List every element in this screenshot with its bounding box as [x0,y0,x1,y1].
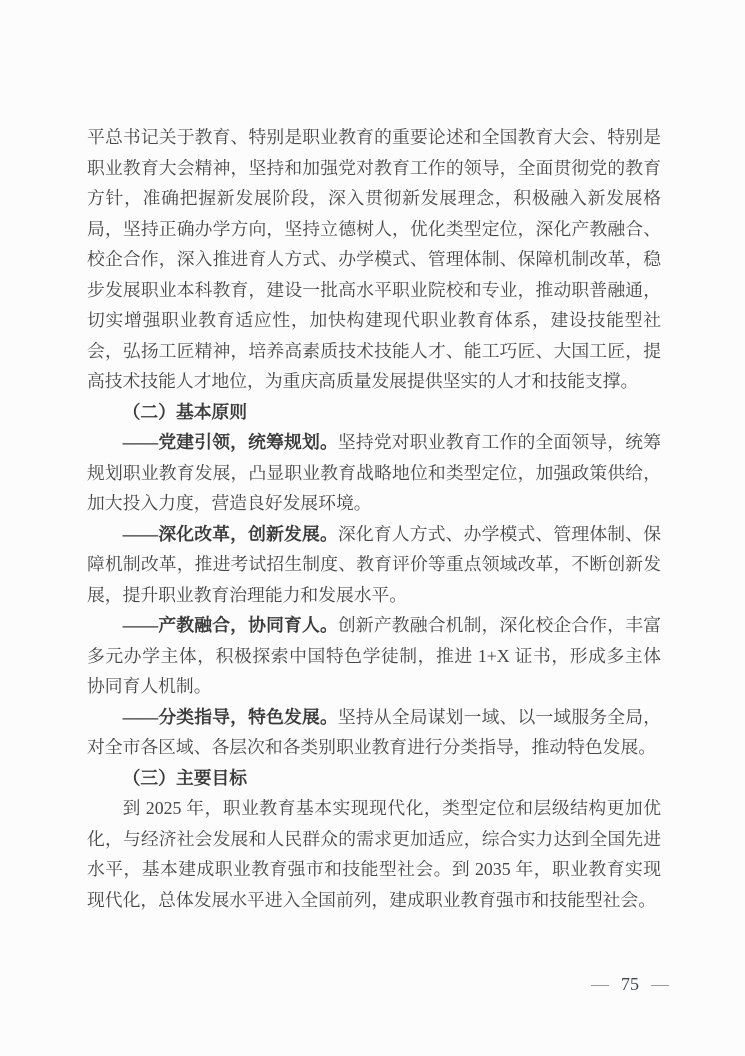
principle-reform-innovation: ——深化改革，创新发展。深化育人方式、办学模式、管理体制、保障机制改革，推进考试… [87,519,661,611]
principle-party-building-lead: ——党建引领，统筹规划。 [123,432,338,452]
paragraph-continued-from-previous-page: 平总书记关于教育、特别是职业教育的重要论述和全国教育大会、特别是职业教育大会精神… [87,122,661,397]
principle-party-building: ——党建引领，统筹规划。坚持党对职业教育工作的全面领导，统筹规划职业教育发展，凸… [87,427,661,519]
footer-right-dash: — [651,974,669,994]
paragraph-main-goals: 到 2025 年，职业教育基本实现现代化，类型定位和层级结构更加优化，与经济社会… [87,793,661,915]
section-heading-basic-principles: （二）基本原则 [87,397,661,428]
principle-classified-guidance-lead: ——分类指导，特色发展。 [123,707,338,727]
page-number: 75 [621,974,639,994]
principle-industry-education-integration: ——产教融合，协同育人。创新产教融合机制，深化校企合作，丰富多元办学主体，积极探… [87,610,661,702]
principle-reform-innovation-lead: ——深化改革，创新发展。 [123,524,338,544]
document-body: 平总书记关于教育、特别是职业教育的重要论述和全国教育大会、特别是职业教育大会精神… [87,122,661,915]
section-heading-main-goals: （三）主要目标 [87,763,661,794]
principle-classified-guidance: ——分类指导，特色发展。坚持从全局谋划一域、以一域服务全局，对全市各区域、各层次… [87,702,661,763]
principle-industry-education-integration-lead: ——产教融合，协同育人。 [123,615,338,635]
page-footer: —75— [591,973,669,995]
footer-left-dash: — [591,974,609,994]
document-page: 平总书记关于教育、特别是职业教育的重要论述和全国教育大会、特别是职业教育大会精神… [0,0,745,1056]
